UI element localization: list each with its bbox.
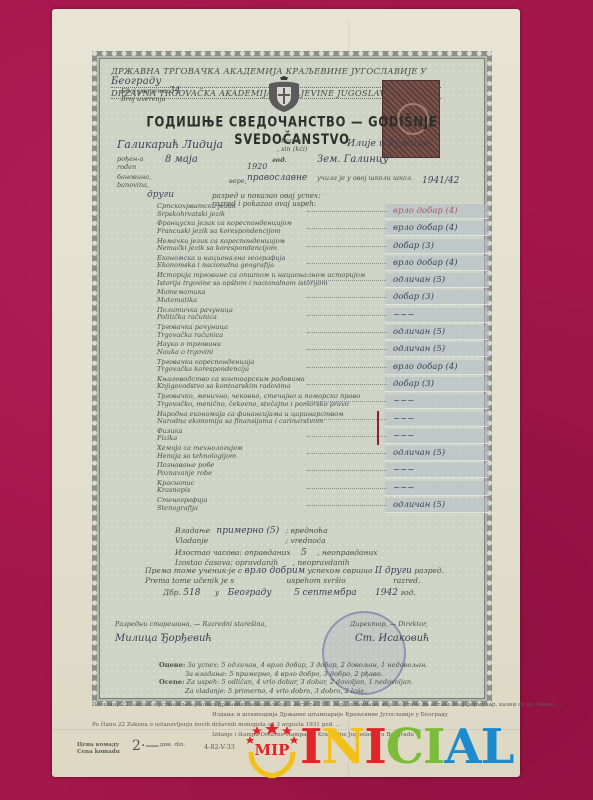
subject-row: КраснописKrasnopis~~~ [157, 480, 487, 497]
footer-printed-cyr: Издање и штампарија Државне штампарије К… [212, 712, 448, 718]
price-currency: дин. din. [160, 742, 185, 748]
class-teacher-signature: Милица Ђорђевић [115, 633, 212, 644]
subject-row: Хемија са технологијомHemija sa tehnolog… [157, 445, 487, 462]
completed-class: II други [375, 566, 412, 576]
director-signature: Ст. Исаковић [355, 633, 429, 644]
grade-cell: одличан (5) [385, 446, 489, 461]
form-code: 4-82-V-33 [204, 743, 235, 751]
birth-row: рођен-аrođen 8 маја 1920 год. Зем. Галин… [117, 156, 477, 172]
subject-row: ФизикаFizika~~~ [157, 428, 487, 445]
overall-success: врло добрим [245, 566, 306, 576]
grade-cell: одличан (5) [385, 325, 489, 340]
conduct-row: Владање примерно (5) ; вредноћа Vladanje… [175, 526, 475, 567]
grade-cell: добар (3) [385, 377, 489, 392]
subject-row: СтенографијаStenografijaодличан (5) [157, 497, 487, 514]
banovina-row: бановина,banovina, вере, православне учи… [117, 174, 487, 190]
grade-cell: добар (3) [385, 290, 489, 305]
grade-cell: ~~~ [385, 463, 489, 478]
class-name: други [147, 190, 174, 200]
subject-row: Политичка рачуницаPolitička računica~~~ [157, 307, 487, 324]
inicial-watermark-logo: INICIAL [300, 722, 513, 772]
footer-law-cyr: По члану 22 Закона о установљењу нових д… [92, 702, 563, 708]
grade-cell: одличан (5) [385, 342, 489, 357]
parent-label: , ћерка, sin (kći) [277, 138, 308, 153]
grade-cell: одличан (5) [385, 498, 489, 513]
student-name-row: Галикарић Лидија , ћерка, sin (kći) Илиј… [117, 138, 477, 151]
grade-cell: ~~~ [385, 429, 489, 444]
certificate-number: Број уверења 34 Broj uverenja [121, 88, 180, 103]
grade-cell: ~~~ [385, 394, 489, 409]
grade-cell: ~~~ [385, 308, 489, 323]
subject-row: Трговачко, менично, чековно, стечајно и … [157, 393, 487, 410]
grade-cell: ~~~ [385, 412, 489, 427]
svg-text:MIP: MIP [255, 741, 290, 759]
conduct-value: примерно (5) [216, 526, 279, 536]
issue-date: 5 септембра [294, 588, 357, 598]
birth-place: Зем. Галинцу [317, 154, 389, 165]
subject-row: МатематикаMatematikaдобар (3) [157, 289, 487, 306]
grade-cell: одличан (5) [385, 273, 489, 288]
grade-cell: врло добар (4) [385, 256, 489, 271]
mip-laurel-logo-icon: MIP [243, 720, 301, 780]
subject-row: Трговачка кореспонденцијаTrgovačka kores… [157, 359, 487, 376]
subject-row: Народна економија са финансијама и царин… [157, 411, 487, 428]
result-row: Према томе ученик-је с врло добрим успех… [145, 566, 485, 598]
header-city: Београду [111, 76, 161, 87]
certificate-frame: Државна трговачка академија Краљевине Ју… [92, 51, 492, 706]
subject-row: Француски језик са кореспонденцијомFranc… [157, 220, 487, 237]
issue-year: 1942 [375, 588, 398, 598]
grade-cell: добар (3) [385, 239, 489, 254]
parents-names: Илије и Ружице [347, 138, 429, 149]
price-label: Цена комадуCena komadu [77, 742, 120, 756]
subject-row: Немачки језик са кореспонденцијомNemački… [157, 238, 487, 255]
grade-cell: врло добар (4) [385, 204, 489, 219]
subject-row: Трговачка рачуницаTrgovačka računicaодли… [157, 324, 487, 341]
subject-row: Наука о трговиниNauka o trgoviniодличан … [157, 341, 487, 358]
subject-row: Познавање робеPoznavanje robe~~~ [157, 462, 487, 479]
subject-row: Српскохрватски језикSrpskohrvatski jezik… [157, 203, 487, 220]
red-ink-mark [377, 411, 379, 445]
grade-cell: врло добар (4) [385, 360, 489, 375]
issue-place: Београду [228, 588, 272, 598]
grading-scale: Оцене: За успех: 5 одличан, 4 врло добар… [159, 661, 428, 695]
grade-cell: ~~~ [385, 481, 489, 496]
subject-row: Економска и национална географијаEkonoms… [157, 255, 487, 272]
subject-row: Књиговодство са контоарским радовимаKnji… [157, 376, 487, 393]
coat-of-arms-icon [265, 74, 303, 114]
student-name: Галикарић Лидија [117, 138, 223, 151]
record-number: 518 [183, 588, 200, 598]
absences-excused: 5 [301, 548, 307, 558]
birth-year: 1920 [247, 162, 267, 171]
grade-cell: врло добар (4) [385, 221, 489, 236]
subject-row: Историја трговине са општом и национално… [157, 272, 487, 289]
birth-date: 8 маја [165, 154, 198, 165]
price-value: 2·— [132, 738, 159, 754]
certificate-paper: Државна трговачка академија Краљевине Ју… [52, 9, 520, 777]
subjects-table: Српскохрватски језикSrpskohrvatski jezik… [157, 203, 487, 514]
school-year: 1941/42 [422, 176, 459, 186]
religion: православне [247, 173, 307, 183]
